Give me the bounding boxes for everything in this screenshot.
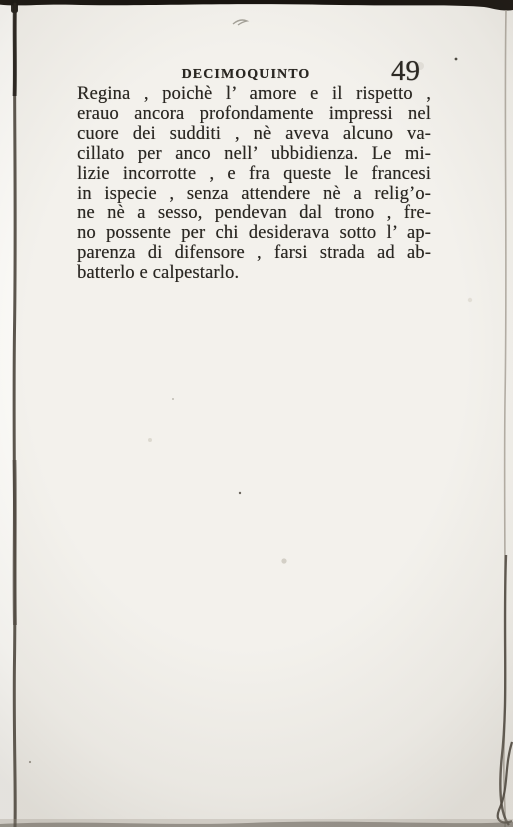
text-line: parenza di difensore , farsi strada ad a… [77, 244, 431, 264]
text-line: erauo ancora profondamente impressi nel [77, 105, 431, 125]
ink-squiggle-speck [233, 20, 247, 25]
adjacent-page-edge [0, 0, 13, 827]
bottom-band-light [0, 819, 513, 827]
foxing-speck [468, 298, 472, 302]
top-scan-edge [0, 0, 513, 11]
text-line: lizie incorrotte , e fra queste le franc… [77, 165, 431, 185]
ink-speck [172, 398, 174, 400]
bottom-right-curl [498, 742, 512, 822]
text-line: cuore dei sudditi , nè aveva alcuno va- [77, 125, 431, 145]
text-line: batterlo e calpestarlo. [77, 264, 431, 284]
ink-speck [239, 492, 241, 494]
text-line: in ispecie , senza attendere nè a relig’… [77, 185, 431, 205]
bottom-band-dark [0, 822, 513, 827]
ink-speck [29, 761, 31, 763]
text-line: no possente per chi desiderava sotto l’ … [77, 224, 431, 244]
foxing-speck [281, 558, 286, 563]
right-page-edge-dark [500, 555, 509, 825]
right-page-edge [504, 10, 506, 827]
foxing-speck [148, 438, 152, 442]
scanned-book-page: DECIMOQUINTO 49 Regina , poichè l’ amore… [0, 0, 513, 827]
chapter-heading: DECIMOQUINTO [182, 67, 311, 82]
running-header: DECIMOQUINTO [146, 68, 346, 82]
body-paragraph: Regina , poichè l’ amore e il rispetto ,… [77, 85, 431, 284]
ink-speck [455, 58, 458, 61]
gutter-fold-dark-lower [15, 460, 16, 625]
text-line: ne nè a sesso, pendevan dal trono , fre- [77, 204, 431, 224]
gutter-fold-line [14, 4, 15, 827]
text-line: Regina , poichè l’ amore e il rispetto , [77, 85, 431, 105]
page-number: 49 [391, 57, 420, 86]
text-line: cillato per anco nell’ ubbidienza. Le mi… [77, 145, 431, 165]
